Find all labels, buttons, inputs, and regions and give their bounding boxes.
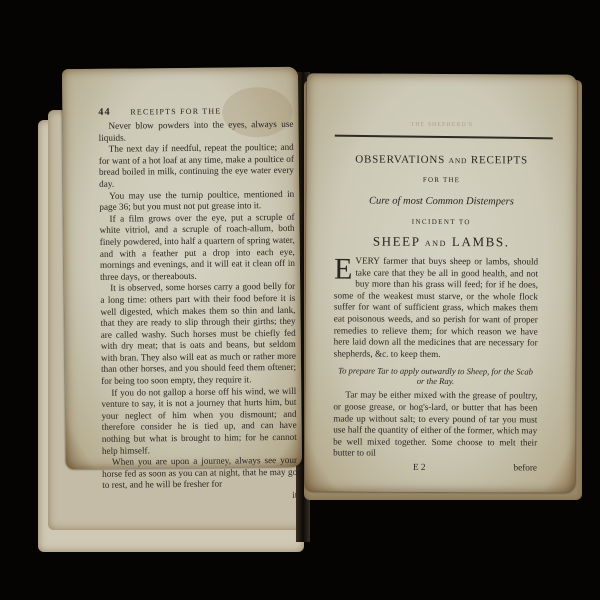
paragraph: The next day if needful, repeat the poul… xyxy=(99,142,294,190)
show-through-text: THE SHEPHERD'S xyxy=(307,121,577,128)
left-page-header: 44 RECEIPTS FOR THE xyxy=(98,105,284,118)
paragraph: Never blow powders into the eyes, always… xyxy=(98,119,293,144)
intro-paragraph: EVERY farmer that buys sheep or lambs, s… xyxy=(334,255,539,360)
right-page-body: EVERY farmer that buys sheep or lambs, s… xyxy=(333,255,538,474)
subheading: To prepare Tar to apply outwardly to She… xyxy=(333,366,537,387)
title-sheep-and-lambs: SHEEP AND LAMBS. xyxy=(306,233,576,250)
paragraph: If you do not gallop a horse off his win… xyxy=(101,385,297,457)
title-rule xyxy=(335,135,553,140)
paragraph: When you are upon a journey, always see … xyxy=(102,455,297,492)
paragraph: Tar may be either mixed with the grease … xyxy=(333,390,537,461)
catchword: before xyxy=(514,462,538,474)
title-italic: Cure of most Common Distempers xyxy=(306,195,576,207)
paragraph: If a film grows over the eye, put a scru… xyxy=(99,212,295,284)
catchword: it xyxy=(102,490,297,504)
paragraph: You may use the turnip poultice, mention… xyxy=(99,188,294,213)
page-number: 44 xyxy=(98,107,111,118)
signature-mark: E 2 xyxy=(413,462,426,474)
page-footer: E 2 before xyxy=(333,461,537,474)
left-page: 44 RECEIPTS FOR THE Never blow powders i… xyxy=(62,67,302,469)
paragraph: It is observed, some horses carry a good… xyxy=(100,281,296,387)
right-page: THE SHEPHERD'S OBSERVATIONS AND RECEIPTS… xyxy=(305,73,577,492)
title-for-the: FOR THE xyxy=(307,175,577,184)
drop-cap: E xyxy=(334,257,352,281)
section-title: OBSERVATIONS AND RECEIPTS xyxy=(307,153,577,166)
running-head: RECEIPTS FOR THE xyxy=(130,107,221,117)
left-page-body: Never blow powders into the eyes, always… xyxy=(98,119,297,504)
title-incident-to: INCIDENT TO xyxy=(306,217,576,226)
